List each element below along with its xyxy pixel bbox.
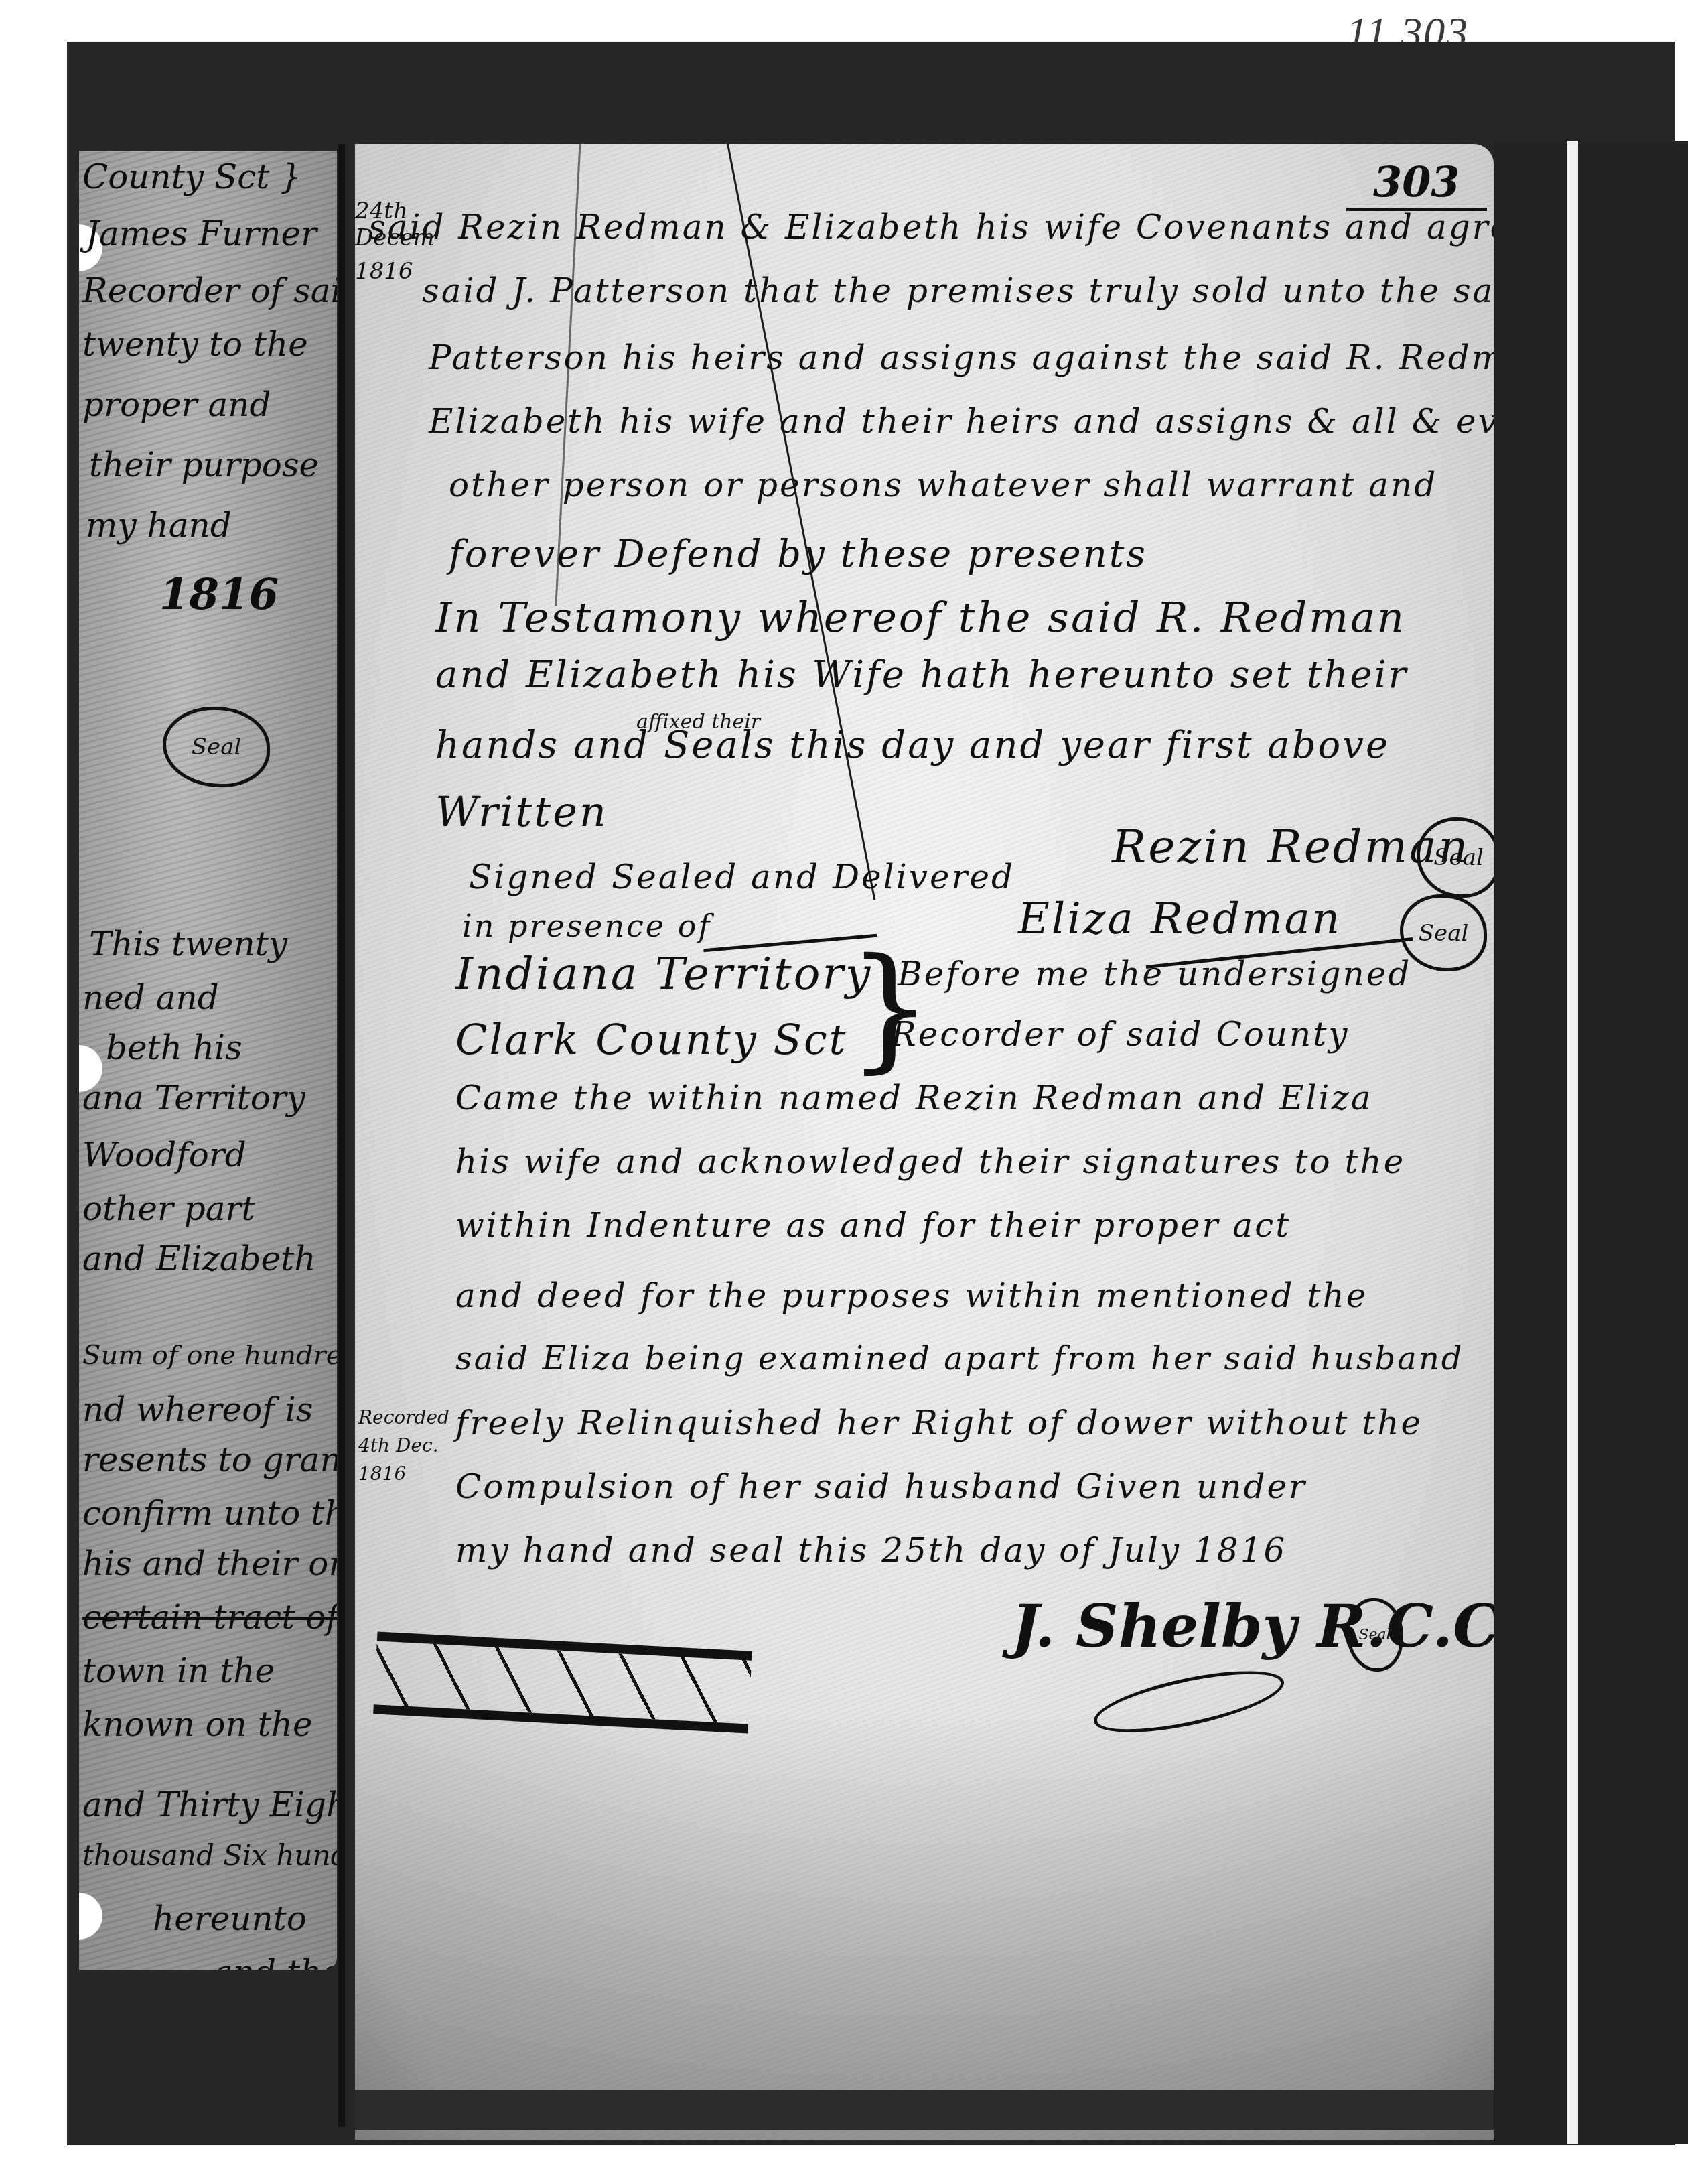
- paper-crease: [727, 144, 875, 900]
- left-page-line: and the: [213, 1953, 337, 1970]
- left-page-line: their purpose: [89, 446, 319, 484]
- left-page-seal: Seal: [163, 707, 270, 787]
- left-page-line: thousand Six hundred: [82, 1839, 337, 1872]
- left-page-line: and Elizabeth: [82, 1239, 315, 1278]
- left-page-line: ana Territory: [82, 1079, 305, 1117]
- acknowledgment-line: and deed for the purposes within mention…: [455, 1276, 1368, 1315]
- recorder-signature: J. Shelby R.C.C.: [1011, 1591, 1494, 1661]
- acknowledgment-line: Compulsion of her said husband Given und…: [455, 1467, 1307, 1506]
- left-page-line: James Furner: [86, 214, 317, 253]
- acknowledgment-line: Came the within named Rezin Redman and E…: [455, 1079, 1373, 1117]
- binding-gap: [1567, 141, 1578, 2144]
- witness-clause: in presence of: [462, 908, 711, 944]
- venue-county: Clark County Sct: [455, 1015, 848, 1064]
- deed-line: and Elizabeth his Wife hath hereunto set…: [435, 653, 1408, 697]
- acknowledgment-line: within Indenture as and for their proper…: [455, 1206, 1291, 1245]
- left-page-line: and Thirty Eight: [82, 1785, 337, 1824]
- deed-line: said J. Patterson that the premises trul…: [422, 271, 1494, 310]
- deed-record-page: 303 24th Decem 1816 said Rezin Redman & …: [355, 144, 1494, 2140]
- left-page-line: twenty to the: [82, 325, 308, 364]
- acknowledgment-line: Before me the undersigned: [898, 955, 1411, 994]
- deed-line: forever Defend by these presents: [449, 533, 1147, 576]
- punch-hole-bottom: [79, 1893, 102, 1940]
- left-page-line: resents to grant: [82, 1440, 337, 1479]
- book-binding: [1494, 141, 1688, 2144]
- acknowledgment-line: his wife and acknowledged their signatur…: [455, 1142, 1405, 1181]
- witness-clause: Signed Sealed and Delivered: [469, 858, 1015, 896]
- signature-eliza-redman: Eliza Redman: [1018, 894, 1342, 944]
- page-gutter-line: [338, 144, 345, 2127]
- left-page-line: nd whereof is: [82, 1390, 313, 1429]
- acknowledgment-line: my hand and seal this 25th day of July 1…: [455, 1531, 1287, 1570]
- acknowledgment-line: freely Relinquished her Right of dower w…: [455, 1404, 1423, 1442]
- left-page-line: County Sct }: [82, 157, 301, 196]
- deed-line: Patterson his heirs and assigns against …: [429, 338, 1494, 377]
- recorded-margin-note: Recorded 4th Dec. 1816: [358, 1404, 449, 1488]
- signature-seal: Seal: [1400, 894, 1487, 971]
- left-page-line: This twenty: [89, 925, 287, 963]
- left-page-line: my hand: [86, 506, 232, 545]
- left-page-line: other part: [82, 1189, 255, 1228]
- page-shadow: [355, 1712, 1494, 2140]
- left-page-line: beth his: [106, 1028, 242, 1067]
- left-page-line: 1816: [159, 569, 279, 620]
- signature-rezin-redman: Rezin Redman: [1112, 821, 1470, 874]
- left-page-line: ned and: [82, 978, 219, 1017]
- deed-line: Written: [435, 787, 608, 836]
- deed-line: In Testamony whereof the said R. Redman: [435, 593, 1406, 642]
- deed-line: said Rezin Redman & Elizabeth his wife C…: [368, 208, 1494, 247]
- left-page-line: proper and: [82, 385, 271, 424]
- deed-line: other person or persons whatever shall w…: [449, 466, 1437, 504]
- left-page-line: town in the: [82, 1651, 275, 1690]
- left-page-line: Woodford: [82, 1136, 246, 1174]
- left-page-line: Sum of one hundred: [82, 1340, 337, 1371]
- signature-seal: Seal: [1417, 817, 1494, 898]
- left-page: County Sct } James Furner Recorder of sa…: [79, 151, 337, 1970]
- deed-line: Elizabeth his wife and their heirs and a…: [429, 402, 1494, 441]
- acknowledgment-line: said Eliza being examined apart from her…: [455, 1340, 1464, 1377]
- left-page-line: Recorder of said: [82, 271, 337, 310]
- left-page-line: certain tract of: [82, 1598, 337, 1637]
- deed-line: hands and Seals this day and year first …: [435, 724, 1390, 767]
- left-page-line: confirm unto the: [82, 1494, 337, 1533]
- left-page-line: known on the: [82, 1705, 313, 1744]
- venue-state: Indiana Territory: [455, 948, 872, 1000]
- page-bottom-edge: [355, 2090, 1494, 2130]
- page-number: 303: [1373, 157, 1460, 206]
- left-page-line: his and their only: [82, 1544, 337, 1583]
- acknowledgment-line: Recorder of said County: [891, 1015, 1350, 1054]
- left-page-line: hereunto: [153, 1899, 307, 1938]
